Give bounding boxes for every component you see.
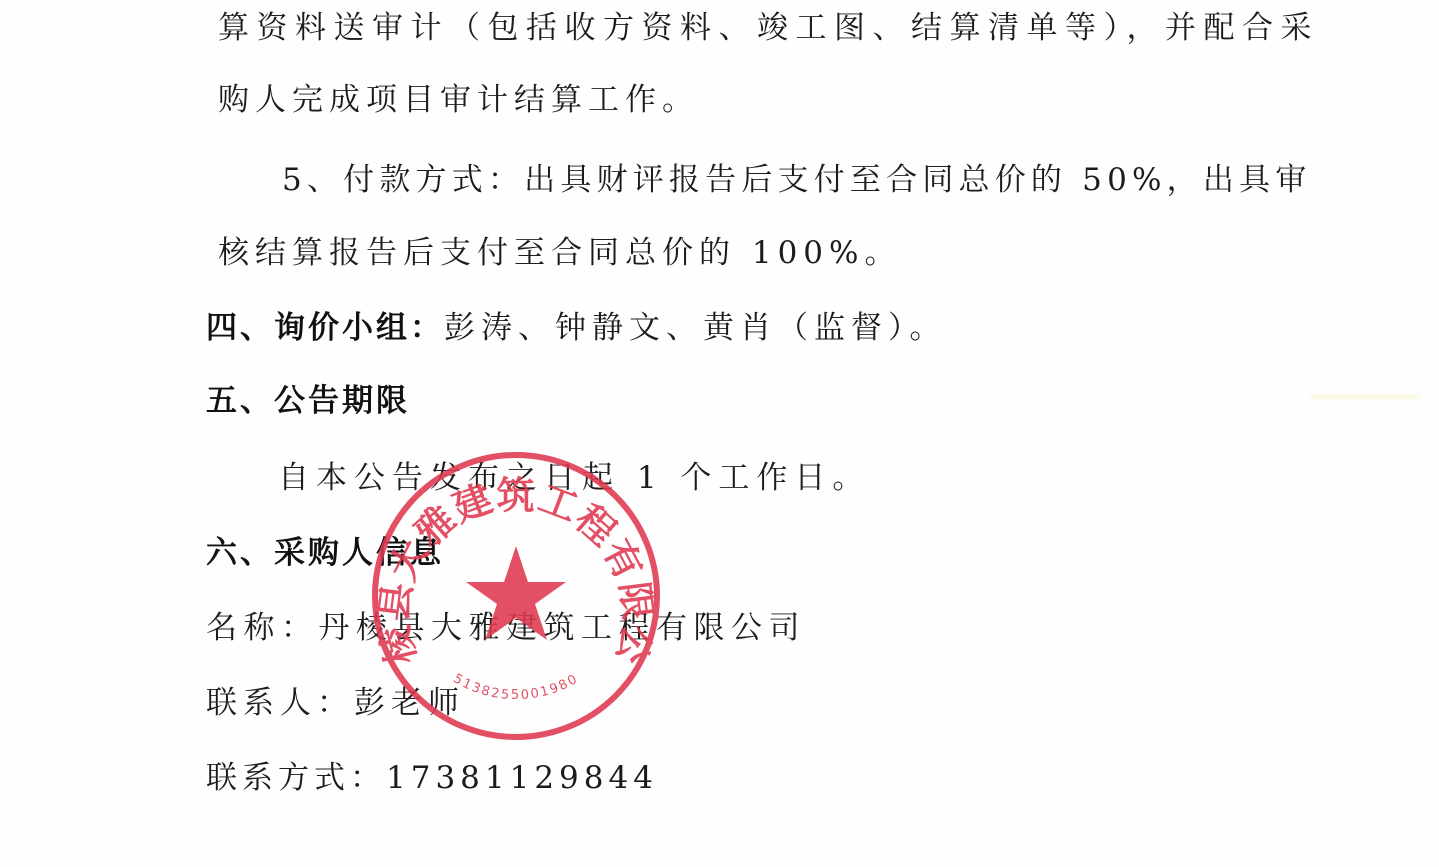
contact-person-row: 联系人：彭老师	[206, 683, 465, 723]
scan-artifact	[1310, 394, 1420, 400]
section-heading-purchaser-info: 六、采购人信息	[206, 533, 444, 573]
contact-phone-row: 联系方式：17381129844	[206, 758, 658, 798]
contact-phone-label: 联系方式：	[206, 760, 386, 796]
paragraph-payment-line1: 5、付款方式：出具财评报告后支付至合同总价的 50%，出具审	[282, 160, 1311, 200]
document-page: 算资料送审计（包括收方资料、竣工图、结算清单等），并配合采 购人完成项目审计结算…	[0, 0, 1439, 867]
purchaser-name-value: 丹棱县大雅建筑工程有限公司	[319, 610, 807, 646]
purchaser-name-label: 名称：	[206, 610, 319, 646]
notice-period-text: 自本公告发布之日起 1 个工作日。	[278, 458, 870, 498]
purchaser-name-row: 名称：丹棱县大雅建筑工程有限公司	[206, 608, 806, 648]
paragraph-settlement-line2: 购人完成项目审计结算工作。	[218, 80, 699, 120]
contact-phone-value: 17381129844	[386, 760, 658, 796]
paragraph-payment-line2: 核结算报告后支付至合同总价的 100%。	[218, 233, 901, 273]
contact-person-value: 彭老师	[354, 685, 465, 721]
section-heading-inquiry-group: 四、询价小组：	[206, 310, 444, 346]
section-inquiry-group: 四、询价小组：彭涛、钟静文、黄肖（监督）。	[206, 308, 947, 348]
contact-person-label: 联系人：	[206, 685, 354, 721]
inquiry-group-members: 彭涛、钟静文、黄肖（监督）。	[444, 310, 947, 346]
paragraph-settlement-line1: 算资料送审计（包括收方资料、竣工图、结算清单等），并配合采	[218, 8, 1319, 48]
section-heading-notice-period: 五、公告期限	[206, 381, 410, 421]
seal-code: 5138255001980	[450, 671, 581, 703]
